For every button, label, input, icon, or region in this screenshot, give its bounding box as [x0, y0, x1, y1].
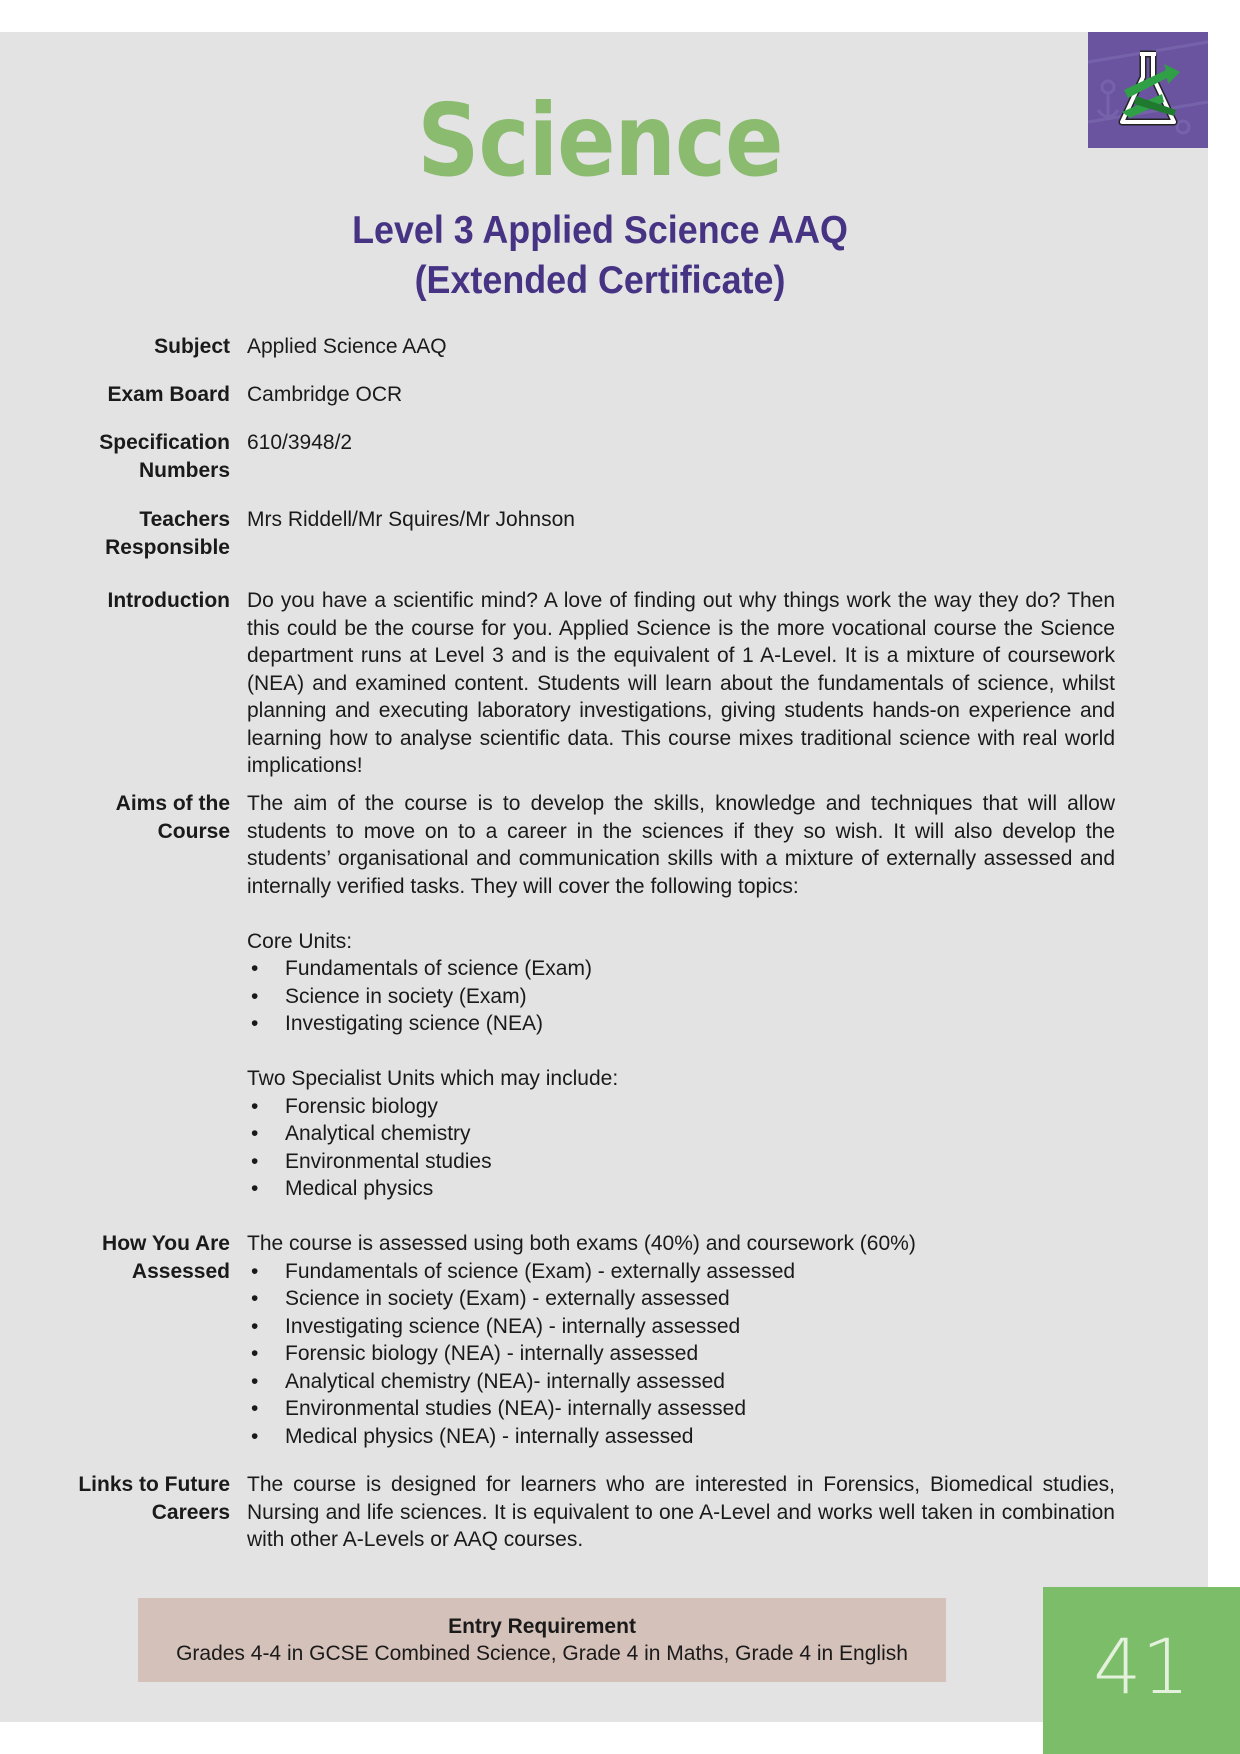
specialist-units-list: Forensic biology Analytical chemistry En… — [247, 1093, 1115, 1203]
careers-text: The course is designed for learners who … — [247, 1471, 1115, 1554]
aims-label: Aims of the Course — [40, 790, 230, 845]
course-subtitle: Level 3 Applied Science AAQ (Extended Ce… — [48, 206, 1152, 306]
list-item: Science in society (Exam) — [247, 983, 1115, 1011]
list-item: Medical physics (NEA) - internally asses… — [247, 1423, 1115, 1451]
core-units-heading: Core Units: — [247, 928, 1115, 956]
specification-label: Specification Numbers — [40, 429, 230, 484]
list-item: Investigating science (NEA) - internally… — [247, 1313, 1115, 1341]
specification-value: 610/3948/2 — [247, 429, 1115, 457]
list-item: Investigating science (NEA) — [247, 1010, 1115, 1038]
entry-requirement-heading: Entry Requirement — [138, 1613, 946, 1640]
list-item: Forensic biology (NEA) - internally asse… — [247, 1340, 1115, 1368]
careers-label: Links to Future Careers — [40, 1471, 230, 1526]
list-item: Analytical chemistry — [247, 1120, 1115, 1148]
specialist-units-heading: Two Specialist Units which may include: — [247, 1065, 1115, 1093]
list-item: Environmental studies — [247, 1148, 1115, 1176]
list-item: Science in society (Exam) - externally a… — [247, 1285, 1115, 1313]
introduction-text: Do you have a scientific mind? A love of… — [247, 587, 1115, 780]
core-units-list: Fundamentals of science (Exam) Science i… — [247, 955, 1115, 1038]
assessment-label-line-2: Assessed — [40, 1258, 230, 1286]
entry-requirement-box: Entry Requirement Grades 4-4 in GCSE Com… — [138, 1598, 946, 1682]
careers-label-line-1: Links to Future — [40, 1471, 230, 1499]
aims-text: The aim of the course is to develop the … — [247, 790, 1115, 900]
page-title: Science — [84, 86, 1116, 196]
aims-label-line-2: Course — [40, 818, 230, 846]
list-item: Medical physics — [247, 1175, 1115, 1203]
list-item: Forensic biology — [247, 1093, 1115, 1121]
introduction-label: Introduction — [40, 587, 230, 615]
exam-board-value: Cambridge OCR — [247, 381, 1115, 409]
entry-requirement-text: Grades 4-4 in GCSE Combined Science, Gra… — [138, 1640, 946, 1667]
subject-label: Subject — [40, 333, 230, 361]
aims-label-line-1: Aims of the — [40, 790, 230, 818]
subtitle-line-2: (Extended Certificate) — [48, 256, 1152, 306]
assessment-list: Fundamentals of science (Exam) - externa… — [247, 1258, 1115, 1451]
assessment-label: How You Are Assessed — [40, 1230, 230, 1285]
subject-value: Applied Science AAQ — [247, 333, 1115, 361]
list-item: Environmental studies (NEA)- internally … — [247, 1395, 1115, 1423]
teachers-label-line-1: Teachers — [40, 506, 230, 534]
assessment-intro: The course is assessed using both exams … — [247, 1230, 1115, 1258]
teachers-label-line-2: Responsible — [40, 534, 230, 562]
list-item: Fundamentals of science (Exam) - externa… — [247, 1258, 1115, 1286]
teachers-value: Mrs Riddell/Mr Squires/Mr Johnson — [247, 506, 1115, 534]
assessment-content: The course is assessed using both exams … — [247, 1230, 1115, 1450]
careers-label-line-2: Careers — [40, 1499, 230, 1527]
specification-label-line-1: Specification — [40, 429, 230, 457]
assessment-label-line-1: How You Are — [40, 1230, 230, 1258]
list-item: Fundamentals of science (Exam) — [247, 955, 1115, 983]
teachers-label: Teachers Responsible — [40, 506, 230, 561]
exam-board-label: Exam Board — [40, 381, 230, 409]
list-item: Analytical chemistry (NEA)- internally a… — [247, 1368, 1115, 1396]
subtitle-line-1: Level 3 Applied Science AAQ — [48, 206, 1152, 256]
page-number: 41 — [1043, 1587, 1240, 1754]
aims-content: The aim of the course is to develop the … — [247, 790, 1115, 1203]
specification-label-line-2: Numbers — [40, 457, 230, 485]
